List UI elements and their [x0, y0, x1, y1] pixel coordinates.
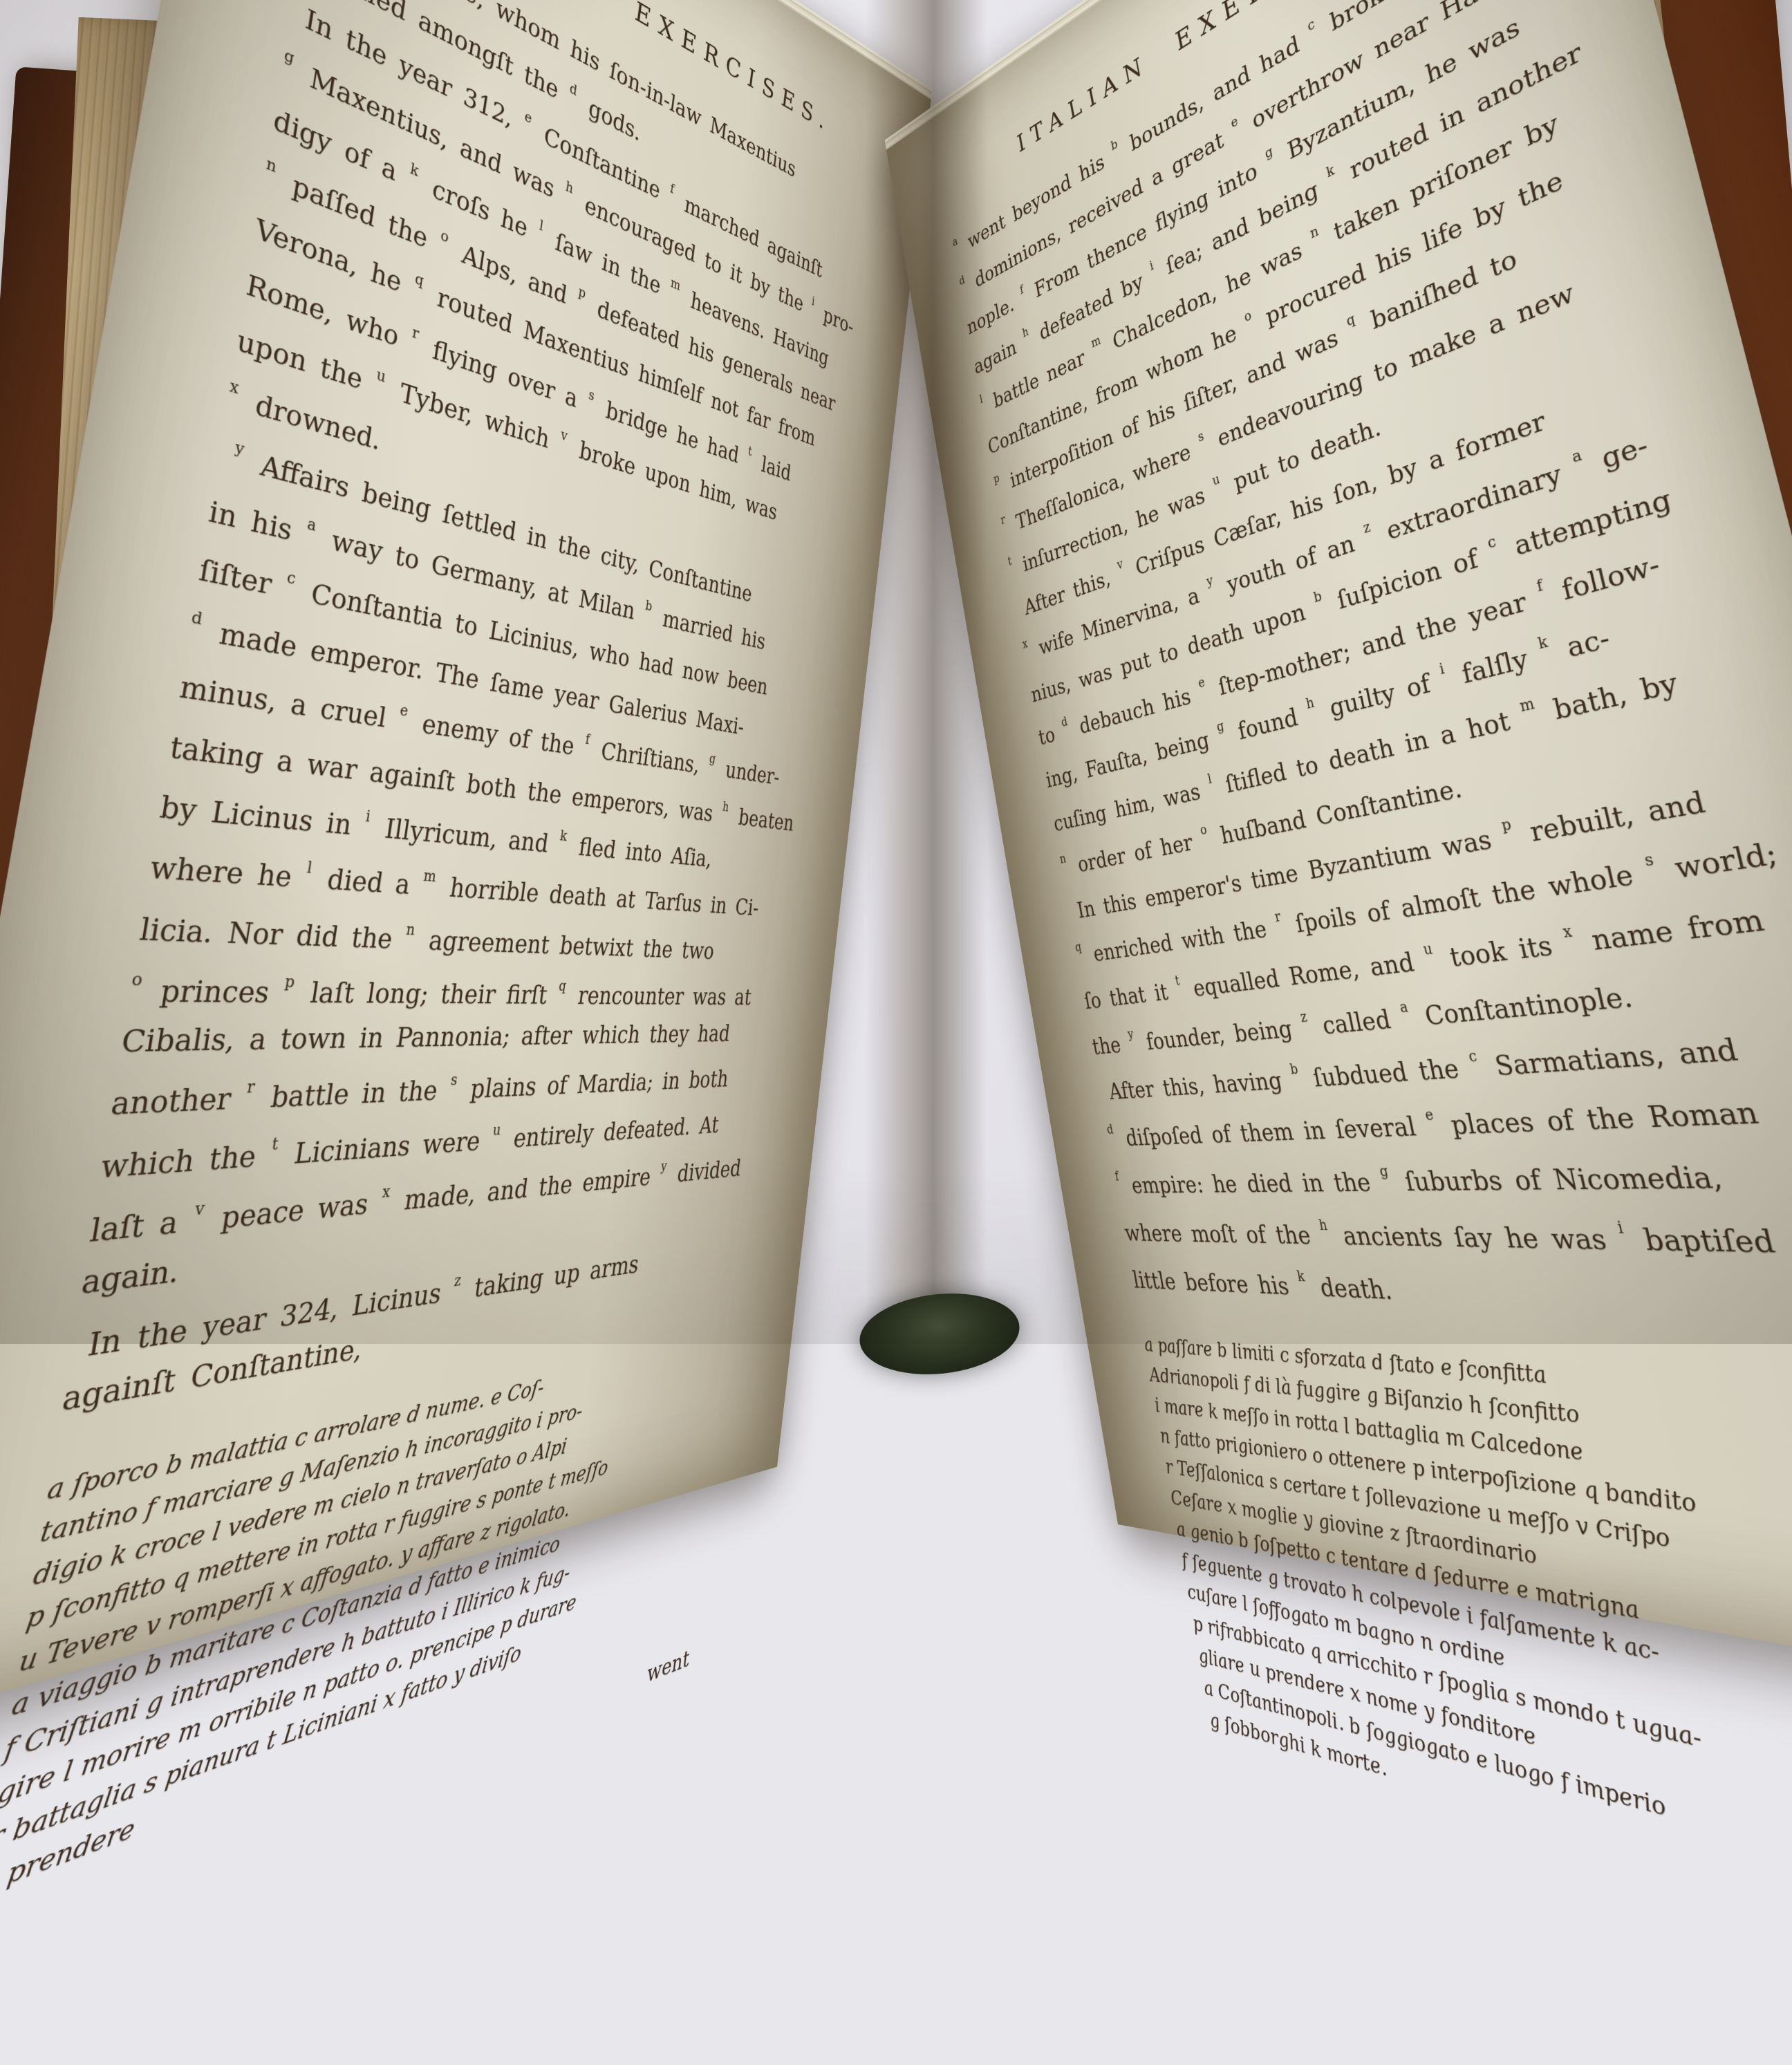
- footnote-line: a paſſare b limiti c sforzata d ſtato e …: [1141, 1329, 1792, 1344]
- right-page-text: a went beyond his b bounds, and had c br…: [950, 0, 1792, 1338]
- left-page: ITALIAN EXERCISES. lthy b diſeaſe, whom …: [0, 0, 932, 1344]
- photo-backdrop: ITALIAN EXERCISES. lthy b diſeaſe, whom …: [0, 0, 1792, 1344]
- right-page: ITALIAN EXERCISES a went beyond his b bo…: [885, 0, 1792, 1344]
- left-page-text: lthy b diſeaſe, whom his ſon-in-law Maxe…: [58, 0, 890, 1344]
- right-page-footnotes: a paſſare b limiti c sforzata d ſtato e …: [1141, 1329, 1792, 1344]
- headband: [856, 1286, 1024, 1344]
